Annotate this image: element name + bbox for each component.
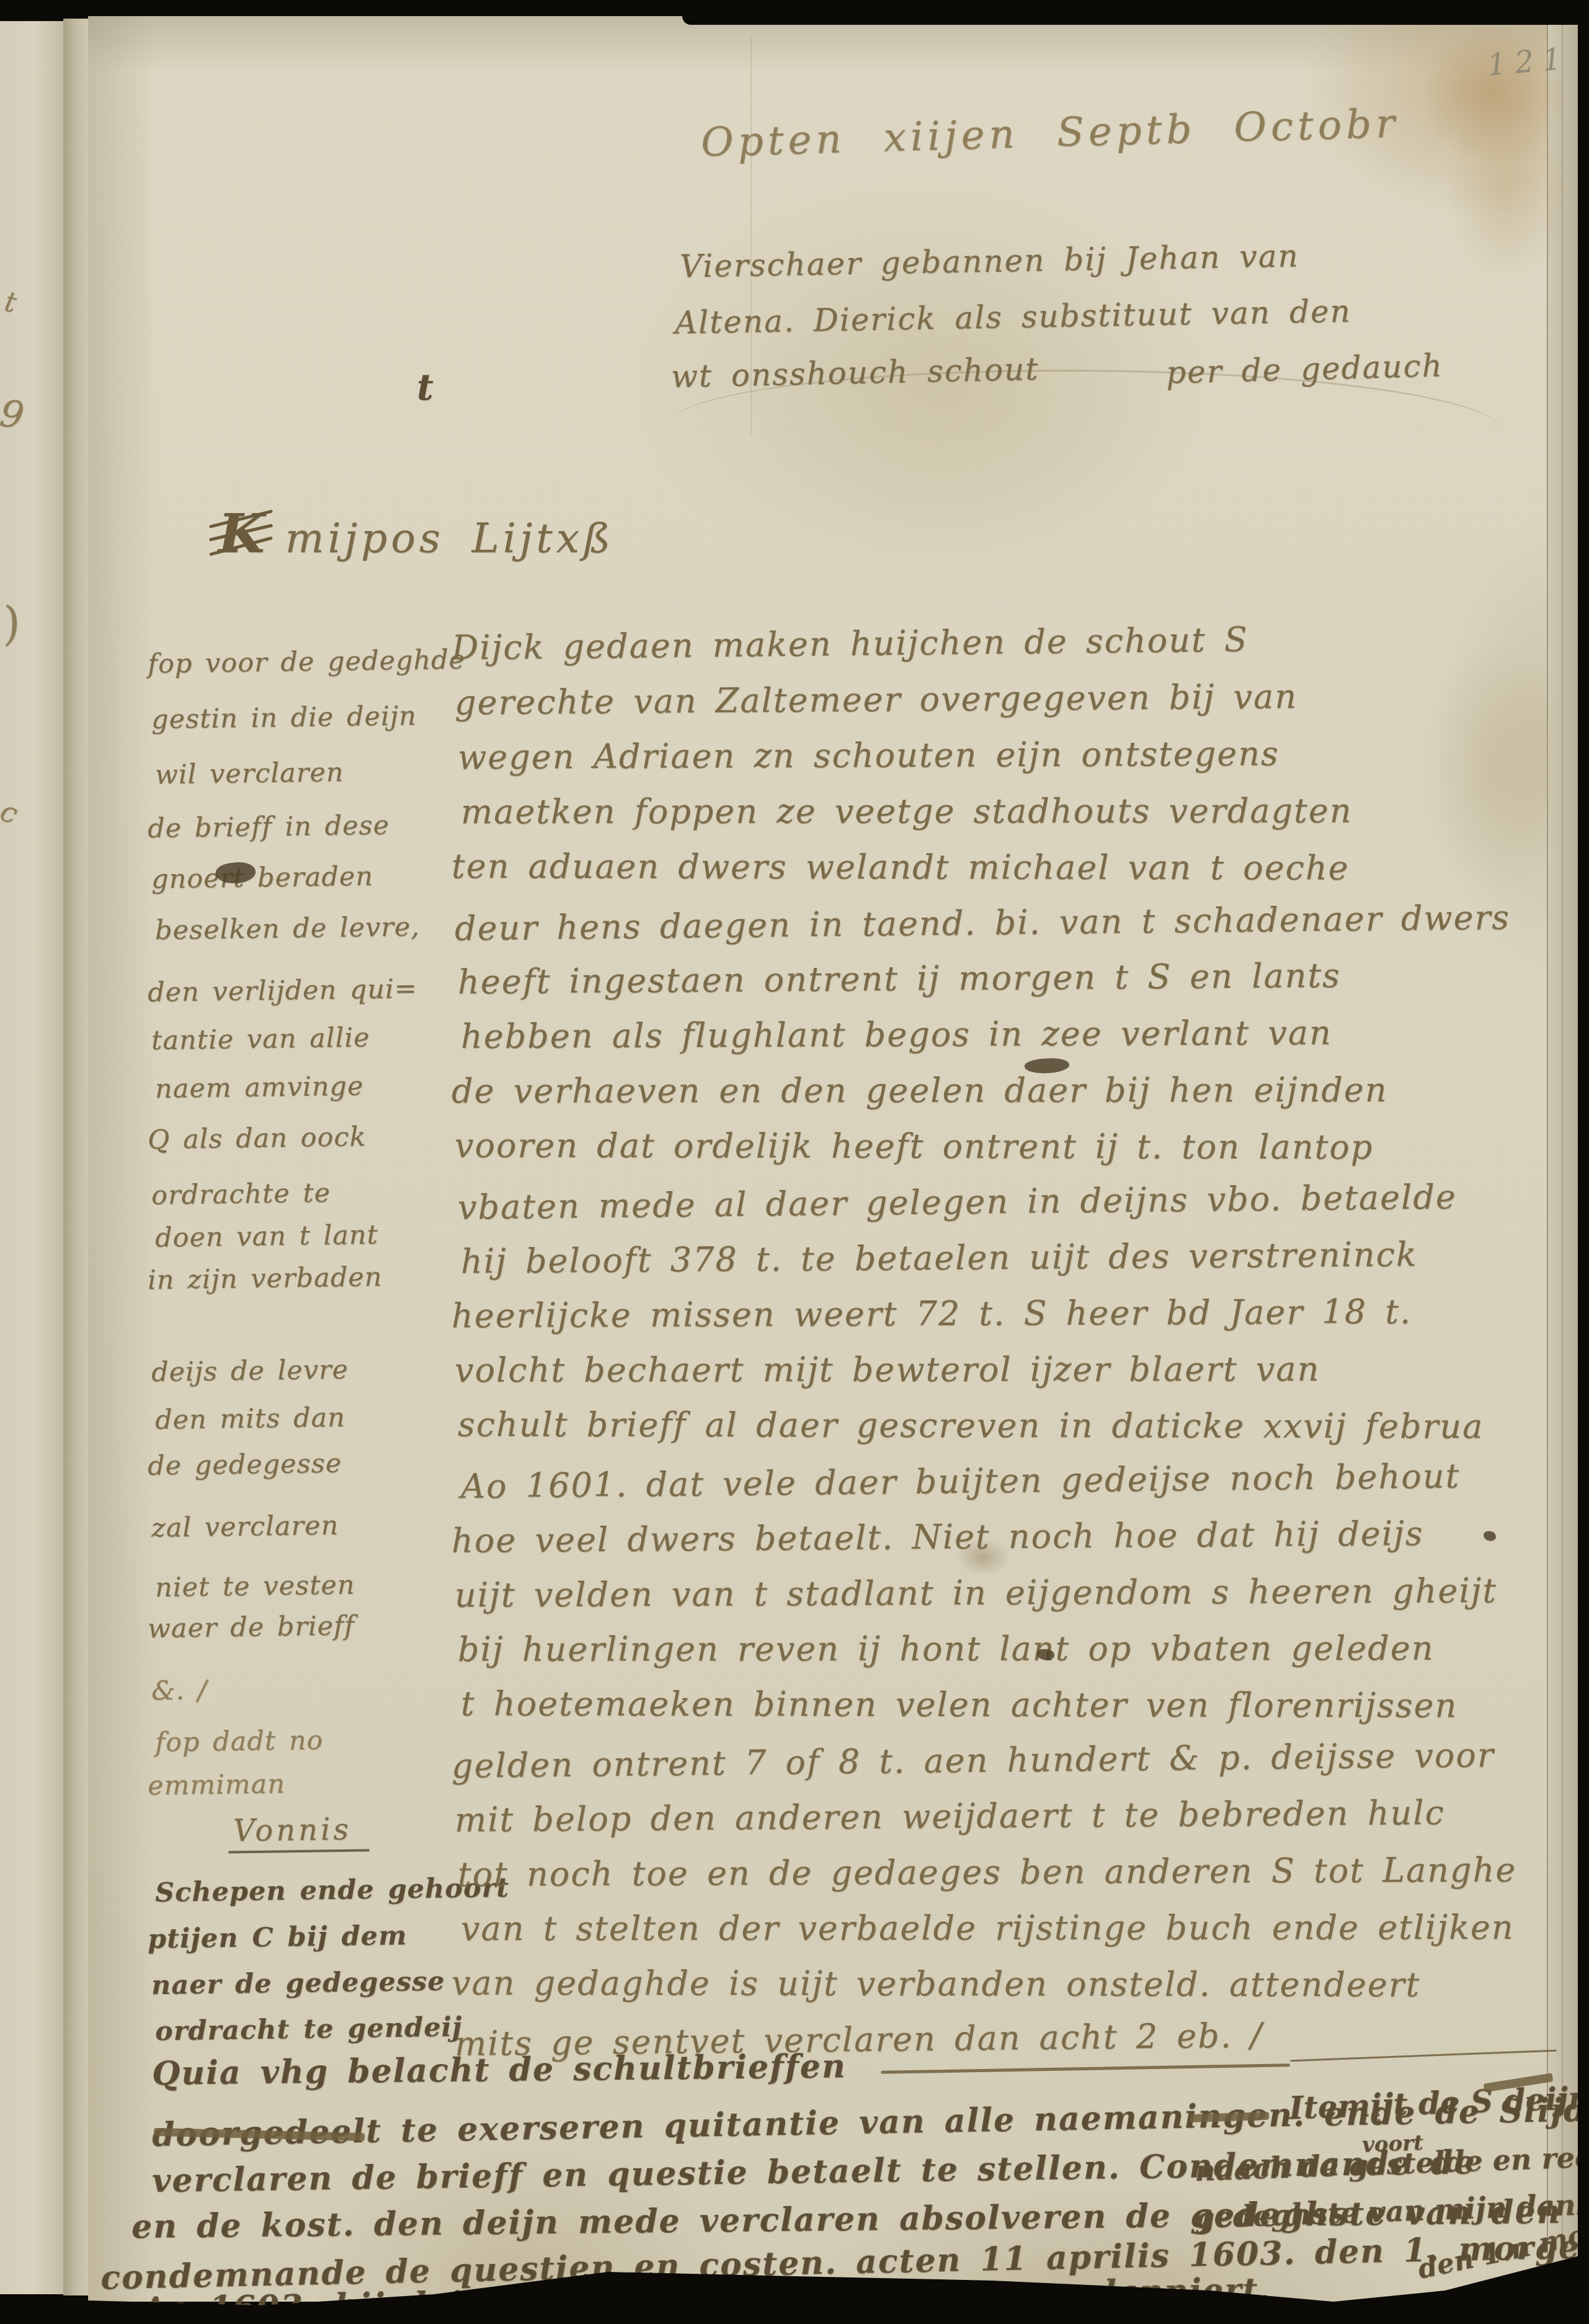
margin-note: waer de brieff — [148, 1611, 355, 1645]
margin-note: gestin in die deijn — [151, 700, 417, 735]
margin-note: &. / — [151, 1674, 208, 1706]
body-text-line: mit belop den anderen weijdaert t te beb… — [455, 1793, 1445, 1839]
body-text-line: uijt velden van t stadlant in eijgendom … — [455, 1571, 1497, 1614]
facing-page-ink-fragment: c — [0, 793, 22, 831]
margin-note: tantie van allie — [151, 1022, 370, 1057]
verdict-line: Quia vhg belacht de schultbrieffen — [152, 2047, 847, 2093]
margin-note: ordrachte te — [151, 1178, 331, 1211]
body-text-line: van t stelten der verbaelde rijstinge bu… — [461, 1908, 1515, 1948]
margin-note: den verlijden qui= — [148, 973, 417, 1008]
body-text-line: hij belooft 378 t. te betaelen uijt des … — [461, 1235, 1418, 1281]
facing-page-ink-fragment: t — [2, 286, 19, 320]
margin-note: ordracht te gendeij — [155, 2012, 463, 2047]
body-text-line: bij huerlingen reven ij hont lant op vba… — [458, 1629, 1435, 1669]
body-text-line: heerlijcke missen weert 72 t. S heer bd … — [452, 1292, 1412, 1336]
body-text-line: maetken foppen ze veetge stadhouts verda… — [461, 791, 1353, 831]
margin-note: fop voor de gedeghde — [148, 644, 466, 679]
margin-note: beselken de levre, — [155, 911, 421, 946]
body-text-line: wegen Adriaen zn schouten eijn ontstegen… — [458, 734, 1280, 777]
margin-note: Q als dan oock — [148, 1122, 367, 1156]
body-text-line: tot noch toe en de gedaeges ben anderen … — [458, 1850, 1516, 1893]
backdrop-top-right — [682, 0, 1589, 25]
margin-note: deijs de levre — [151, 1354, 349, 1388]
summons-right-note: per de gedauch — [1165, 347, 1443, 391]
margin-note: zal verclaren — [151, 1510, 339, 1544]
margin-note: fop dadt no — [155, 1725, 324, 1758]
body-text-line: de verhaeven en den geelen daer bij hen … — [452, 1070, 1388, 1111]
book-gutter — [63, 19, 88, 2295]
summons-line: wt onsshouch schout — [670, 351, 1039, 395]
margin-heading-vonnis: Vonnis — [228, 1812, 370, 1853]
margin-note: naer de gedegesse — [151, 1966, 445, 2001]
facing-page-edge: t9)c — [0, 21, 63, 2294]
page-right-edge — [1547, 16, 1580, 2274]
body-text-line: gerechte van Zaltemeer overgegeven bij v… — [455, 677, 1297, 722]
section-title: mijpos Lijtxß — [285, 514, 614, 562]
margin-note: wil verclaren — [155, 757, 344, 790]
margin-note: naem amvinge — [155, 1071, 364, 1105]
body-text-line: vooren dat ordelijk heeft ontrent ij t. … — [455, 1126, 1373, 1167]
folio-number: 121 — [1486, 41, 1572, 83]
body-text-line: ten aduaen dwers welandt michael van t o… — [452, 847, 1350, 888]
manuscript-photo: t9)c 121 Opten xiijen Septb Octobr Viers… — [0, 0, 1589, 2324]
body-text-line: heeft ingestaen ontrent ij morgen t S en… — [458, 956, 1341, 1002]
margin-note: de brieff in dese — [148, 810, 390, 844]
margin-note: in zijn verbaden — [148, 1261, 383, 1295]
margin-note: ptijen C bij dem — [148, 1920, 407, 1955]
backdrop-right — [1578, 0, 1589, 2324]
margin-note: emmiman — [148, 1768, 286, 1801]
margin-note: de gedegesse — [148, 1448, 342, 1482]
facing-page-ink-fragment: ) — [0, 596, 24, 650]
body-text-line: volcht bechaert mijt bewterol ijzer blae… — [455, 1349, 1320, 1390]
body-text-line: hebben als flughlant begos in zee verlan… — [461, 1013, 1332, 1056]
margin-note: gnoert beraden — [151, 861, 374, 895]
margin-note: den mits dan — [155, 1402, 345, 1436]
facing-page-ink-fragment: 9 — [0, 392, 27, 439]
margin-note: Schepen ende gehoort — [155, 1872, 510, 1908]
body-text-line: van gedaghde is uijt verbanden onsteld. … — [452, 1964, 1420, 2004]
margin-note: niet te vesten — [155, 1570, 355, 1603]
body-text-line: schult brieff al daer gescreven in datic… — [458, 1405, 1484, 1446]
page-edge-fold-line — [1562, 25, 1563, 2233]
section-heading: K mijpos Lijtxß — [218, 503, 614, 565]
body-text-line: hoe veel dwers betaelt. Niet noch hoe da… — [452, 1514, 1424, 1560]
ink-blot — [1484, 1531, 1496, 1541]
body-text-line: t hoetemaeken binnen velen achter ven fl… — [461, 1684, 1458, 1725]
ink-mark: t — [417, 366, 434, 408]
margin-note: doen van t lant — [155, 1219, 378, 1253]
struck-letter: K — [218, 503, 265, 565]
